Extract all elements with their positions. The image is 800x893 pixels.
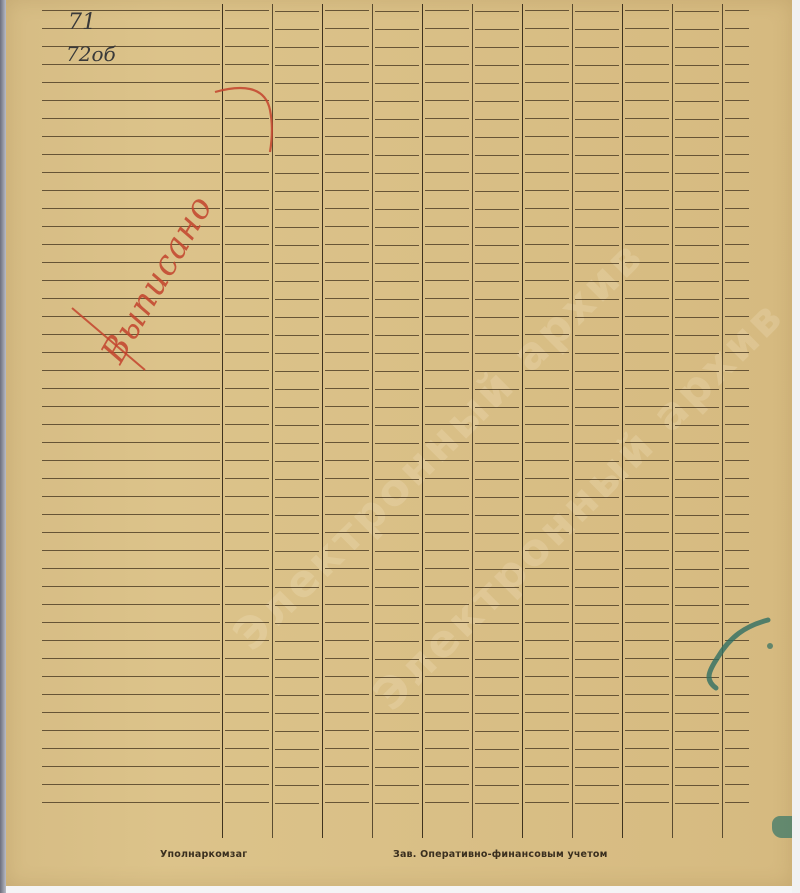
row-rule [725, 424, 749, 425]
row-rule [375, 209, 419, 210]
row-rule [575, 119, 619, 120]
row-rule [225, 298, 269, 299]
row-rule [575, 461, 619, 462]
row-rule [575, 371, 619, 372]
row-rule [625, 280, 669, 281]
row-rule [525, 496, 569, 497]
row-rule [375, 479, 419, 480]
row-rule [425, 406, 469, 407]
row-rule [275, 515, 319, 516]
row-rule [375, 713, 419, 714]
row-rule [42, 388, 220, 389]
row-rule [275, 191, 319, 192]
row-rule [375, 767, 419, 768]
row-rule [325, 28, 369, 29]
row-rule [275, 479, 319, 480]
row-rule [275, 353, 319, 354]
row-rule [275, 731, 319, 732]
row-rule [675, 731, 719, 732]
row-rule [225, 658, 269, 659]
row-rule [725, 442, 749, 443]
row-rule [575, 443, 619, 444]
row-rule [225, 244, 269, 245]
row-rule [225, 172, 269, 173]
row-rule [475, 623, 519, 624]
row-rule [42, 172, 220, 173]
row-rule [575, 173, 619, 174]
column-divider [572, 4, 573, 838]
row-rule [225, 388, 269, 389]
row-rule [225, 676, 269, 677]
row-rule [475, 677, 519, 678]
row-rule [425, 748, 469, 749]
row-rule [475, 767, 519, 768]
row-rule [625, 586, 669, 587]
row-rule [575, 551, 619, 552]
row-rule [225, 622, 269, 623]
row-rule [275, 803, 319, 804]
row-rule [675, 713, 719, 714]
row-rule [225, 46, 269, 47]
row-rule [475, 281, 519, 282]
row-rule [425, 82, 469, 83]
row-rule [625, 406, 669, 407]
row-rule [625, 568, 669, 569]
row-rule [275, 263, 319, 264]
row-rule [475, 587, 519, 588]
row-rule [325, 388, 369, 389]
row-rule [425, 208, 469, 209]
row-rule [675, 803, 719, 804]
row-rule [325, 406, 369, 407]
row-rule [625, 784, 669, 785]
row-rule [425, 190, 469, 191]
row-rule [325, 478, 369, 479]
row-rule [42, 280, 220, 281]
row-rule [575, 191, 619, 192]
column-divider [472, 4, 473, 838]
row-rule [675, 299, 719, 300]
row-rule [575, 767, 619, 768]
row-rule [275, 497, 319, 498]
row-rule [425, 568, 469, 569]
row-rule [625, 370, 669, 371]
row-rule [675, 785, 719, 786]
row-rule [375, 425, 419, 426]
row-rule [325, 514, 369, 515]
row-rule [525, 352, 569, 353]
row-rule [725, 64, 749, 65]
row-rule [275, 551, 319, 552]
row-rule [625, 352, 669, 353]
row-rule [725, 784, 749, 785]
row-rule [475, 11, 519, 12]
row-rule [475, 389, 519, 390]
row-rule [42, 604, 220, 605]
row-rule [475, 695, 519, 696]
row-rule [625, 748, 669, 749]
row-rule [275, 65, 319, 66]
row-rule [225, 316, 269, 317]
row-rule [675, 227, 719, 228]
row-rule [42, 568, 220, 569]
row-rule [575, 263, 619, 264]
row-rule [475, 641, 519, 642]
row-rule [525, 802, 569, 803]
row-rule [575, 731, 619, 732]
row-rule [675, 569, 719, 570]
row-rule [575, 569, 619, 570]
row-rule [42, 406, 220, 407]
row-rule [525, 226, 569, 227]
row-rule [275, 227, 319, 228]
row-rule [42, 694, 220, 695]
row-rule [725, 118, 749, 119]
row-rule [42, 442, 220, 443]
row-rule [325, 262, 369, 263]
row-rule [425, 766, 469, 767]
row-rule [42, 82, 220, 83]
row-rule [675, 407, 719, 408]
row-rule [375, 65, 419, 66]
row-rule [625, 244, 669, 245]
row-rule [375, 263, 419, 264]
row-rule [275, 533, 319, 534]
row-rule [525, 748, 569, 749]
row-rule [525, 460, 569, 461]
row-rule [325, 64, 369, 65]
row-rule [42, 136, 220, 137]
row-rule [675, 11, 719, 12]
row-rule [275, 767, 319, 768]
row-rule [425, 298, 469, 299]
footer-right-caption: Зав. Оперативно-финансовым учетом [393, 849, 608, 860]
row-rule [225, 784, 269, 785]
column-divider [422, 4, 423, 838]
row-rule [225, 28, 269, 29]
row-rule [675, 119, 719, 120]
row-rule [425, 496, 469, 497]
row-rule [525, 280, 569, 281]
row-rule [575, 641, 619, 642]
row-rule [475, 479, 519, 480]
row-rule [325, 766, 369, 767]
row-rule [275, 371, 319, 372]
row-rule [725, 28, 749, 29]
row-rule [725, 226, 749, 227]
row-rule [425, 514, 469, 515]
row-rule [275, 623, 319, 624]
red-flourish-icon [210, 80, 290, 160]
row-rule [325, 460, 369, 461]
row-rule [475, 47, 519, 48]
row-rule [225, 460, 269, 461]
row-rule [425, 784, 469, 785]
row-rule [425, 658, 469, 659]
row-rule [625, 208, 669, 209]
row-rule [42, 100, 220, 101]
row-rule [325, 802, 369, 803]
row-rule [675, 749, 719, 750]
row-rule [525, 64, 569, 65]
column-divider [322, 4, 323, 838]
row-rule [575, 533, 619, 534]
row-rule [375, 29, 419, 30]
row-rule [475, 29, 519, 30]
row-rule [325, 568, 369, 569]
row-rule [375, 173, 419, 174]
row-rule [675, 263, 719, 264]
row-rule [425, 676, 469, 677]
row-rule [475, 227, 519, 228]
row-rule [325, 658, 369, 659]
column-divider [672, 4, 673, 838]
row-rule [375, 335, 419, 336]
row-rule [42, 550, 220, 551]
row-rule [325, 586, 369, 587]
row-rule [225, 64, 269, 65]
footer-left-caption: Уполнаркомзаг [160, 849, 247, 860]
row-rule [725, 586, 749, 587]
green-stain [772, 816, 792, 838]
row-rule [725, 136, 749, 137]
row-rule [375, 515, 419, 516]
row-rule [42, 640, 220, 641]
row-rule [625, 46, 669, 47]
row-rule [325, 10, 369, 11]
row-rule [375, 731, 419, 732]
row-rule [42, 532, 220, 533]
row-rule [275, 389, 319, 390]
row-rule [625, 442, 669, 443]
row-rule [725, 262, 749, 263]
row-rule [275, 677, 319, 678]
row-rule [375, 227, 419, 228]
row-rule [425, 64, 469, 65]
row-rule [425, 586, 469, 587]
row-rule [325, 100, 369, 101]
row-rule [275, 11, 319, 12]
row-rule [375, 695, 419, 696]
row-rule [375, 569, 419, 570]
row-rule [525, 208, 569, 209]
row-rule [425, 280, 469, 281]
row-rule [625, 100, 669, 101]
row-rule [625, 334, 669, 335]
row-rule [375, 353, 419, 354]
row-rule [375, 47, 419, 48]
row-rule [725, 712, 749, 713]
row-rule [525, 334, 569, 335]
row-rule [475, 317, 519, 318]
row-rule [42, 586, 220, 587]
row-rule [375, 461, 419, 462]
row-rule [525, 514, 569, 515]
row-rule [375, 119, 419, 120]
row-rule [225, 514, 269, 515]
row-rule [325, 532, 369, 533]
column-divider [622, 4, 623, 838]
row-rule [325, 82, 369, 83]
row-rule [525, 136, 569, 137]
row-rule [725, 766, 749, 767]
row-rule [575, 335, 619, 336]
row-rule [525, 694, 569, 695]
row-rule [625, 730, 669, 731]
row-rule [525, 10, 569, 11]
row-rule [675, 767, 719, 768]
row-rule [225, 712, 269, 713]
row-rule [475, 137, 519, 138]
row-rule [425, 802, 469, 803]
row-rule [625, 226, 669, 227]
row-rule [475, 497, 519, 498]
row-rule [525, 622, 569, 623]
row-rule [675, 605, 719, 606]
row-rule [525, 568, 569, 569]
row-rule [675, 101, 719, 102]
row-rule [475, 749, 519, 750]
row-rule [475, 83, 519, 84]
row-rule [675, 47, 719, 48]
row-rule [375, 605, 419, 606]
row-rule [225, 10, 269, 11]
row-rule [325, 496, 369, 497]
row-rule [275, 605, 319, 606]
row-rule [725, 190, 749, 191]
row-rule [42, 784, 220, 785]
row-rule [525, 100, 569, 101]
row-rule [425, 172, 469, 173]
row-rule [725, 604, 749, 605]
row-rule [575, 47, 619, 48]
row-rule [42, 424, 220, 425]
row-rule [725, 316, 749, 317]
row-rule [42, 478, 220, 479]
row-rule [225, 802, 269, 803]
row-rule [225, 604, 269, 605]
row-rule [325, 424, 369, 425]
row-rule [525, 406, 569, 407]
row-rule [375, 137, 419, 138]
row-rule [725, 388, 749, 389]
row-rule [625, 802, 669, 803]
row-rule [625, 478, 669, 479]
row-rule [525, 262, 569, 263]
row-rule [425, 442, 469, 443]
row-rule [475, 245, 519, 246]
row-rule [675, 533, 719, 534]
row-rule [425, 478, 469, 479]
row-rule [725, 370, 749, 371]
row-rule [625, 712, 669, 713]
row-rule [475, 515, 519, 516]
row-rule [325, 190, 369, 191]
row-rule [525, 676, 569, 677]
row-rule [275, 713, 319, 714]
row-rule [375, 11, 419, 12]
row-rule [625, 514, 669, 515]
row-rule [525, 190, 569, 191]
row-rule [525, 442, 569, 443]
row-rule [325, 442, 369, 443]
row-rule [575, 497, 619, 498]
row-rule [725, 280, 749, 281]
row-rule [275, 587, 319, 588]
row-rule [425, 424, 469, 425]
row-rule [575, 137, 619, 138]
row-rule [725, 406, 749, 407]
row-rule [425, 550, 469, 551]
row-rule [425, 244, 469, 245]
row-rule [375, 803, 419, 804]
row-rule [725, 172, 749, 173]
row-rule [575, 245, 619, 246]
row-rule [625, 550, 669, 551]
row-rule [725, 748, 749, 749]
row-rule [375, 587, 419, 588]
row-rule [625, 136, 669, 137]
row-rule [375, 371, 419, 372]
row-rule [425, 712, 469, 713]
row-rule [475, 371, 519, 372]
row-rule [525, 172, 569, 173]
row-rule [725, 46, 749, 47]
row-rule [575, 227, 619, 228]
row-rule [725, 154, 749, 155]
row-rule [375, 497, 419, 498]
row-rule [625, 82, 669, 83]
row-rule [275, 407, 319, 408]
row-rule [675, 425, 719, 426]
page-number-handwritten-alt: 72об [66, 44, 116, 64]
row-rule [625, 766, 669, 767]
row-rule [275, 641, 319, 642]
row-rule [225, 478, 269, 479]
row-rule [625, 676, 669, 677]
row-rule [42, 622, 220, 623]
row-rule [375, 389, 419, 390]
row-rule [725, 514, 749, 515]
row-rule [675, 497, 719, 498]
row-rule [675, 65, 719, 66]
row-rule [625, 460, 669, 461]
row-rule [425, 46, 469, 47]
row-rule [575, 713, 619, 714]
row-rule [225, 424, 269, 425]
row-rule [42, 460, 220, 461]
row-rule [725, 244, 749, 245]
row-rule [675, 443, 719, 444]
row-rule [525, 586, 569, 587]
row-rule [575, 479, 619, 480]
row-rule [625, 532, 669, 533]
row-rule [575, 83, 619, 84]
row-rule [625, 388, 669, 389]
row-rule [42, 712, 220, 713]
row-rule [475, 785, 519, 786]
row-rule [625, 190, 669, 191]
row-rule [675, 389, 719, 390]
row-rule [425, 640, 469, 641]
row-rule [675, 245, 719, 246]
row-rule [225, 352, 269, 353]
row-rule [725, 298, 749, 299]
row-rule [275, 335, 319, 336]
row-rule [225, 190, 269, 191]
row-rule [325, 712, 369, 713]
row-rule [375, 443, 419, 444]
